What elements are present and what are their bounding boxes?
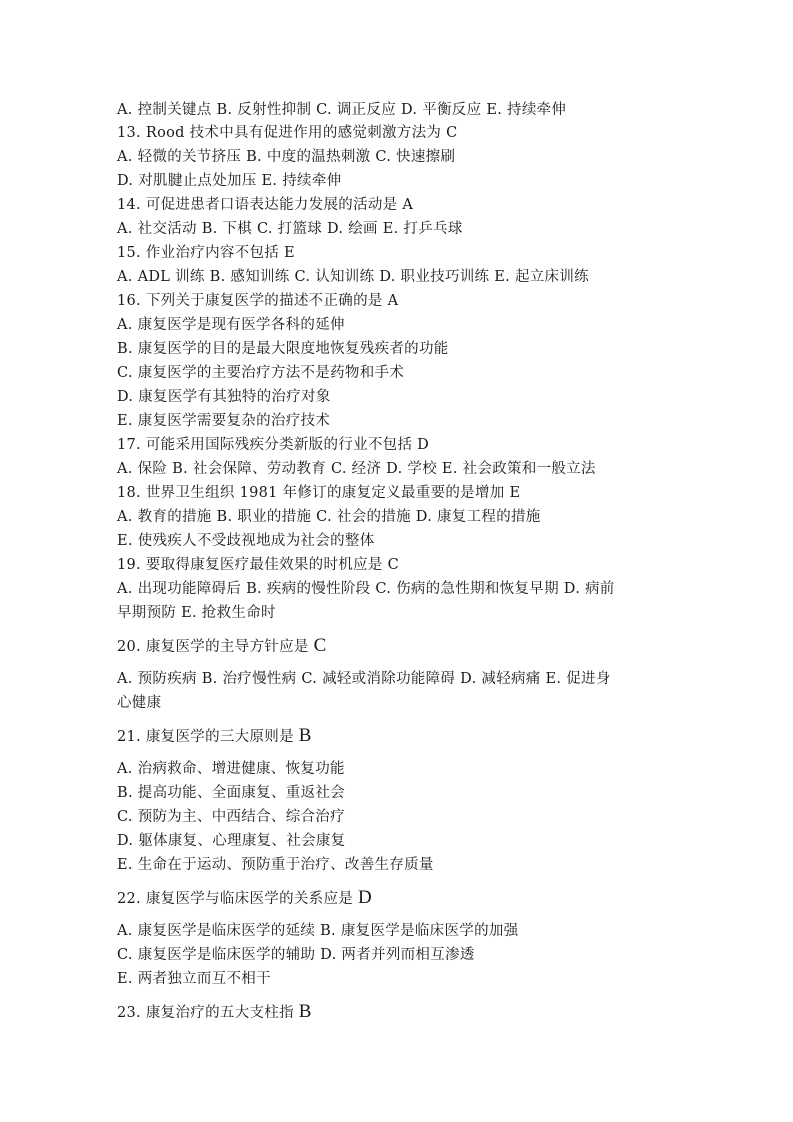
text-line: E. 康复医学需要复杂的治疗技术 [117, 411, 677, 431]
question-stem: 22. 康复医学与临床医学的关系应是 [117, 891, 358, 907]
option-line: D. 躯体康复、心理康复、社会康复 [117, 831, 677, 851]
option-line: E. 生命在于运动、预防重于治疗、改善生存质量 [117, 855, 677, 875]
question-22: 22. 康复医学与临床医学的关系应是 D [117, 888, 677, 909]
answer-letter: C [314, 635, 327, 656]
text-line: B. 康复医学的目的是最大限度地恢复残疾者的功能 [117, 339, 677, 359]
question-20: 20. 康复医学的主导方针应是 C [117, 636, 677, 657]
text-line: A. ADL 训练 B. 感知训练 C. 认知训练 D. 职业技巧训练 E. 起… [117, 267, 677, 287]
answer-letter: B [299, 1001, 312, 1022]
option-line: C. 康复医学是临床医学的辅助 D. 两者并列而相互渗透 [117, 945, 677, 965]
text-line: A. 出现功能障碍后 B. 疾病的慢性阶段 C. 伤病的急性期和恢复早期 D. … [117, 579, 677, 599]
option-line: A. 治病救命、增进健康、恢复功能 [117, 759, 677, 779]
text-line: A. 康复医学是现有医学各科的延伸 [117, 315, 677, 335]
text-line: 15. 作业治疗内容不包括 E [117, 243, 677, 263]
question-stem: 23. 康复治疗的五大支柱指 [117, 1005, 299, 1021]
option-line: A. 康复医学是临床医学的延续 B. 康复医学是临床医学的加强 [117, 921, 677, 941]
text-line: D. 康复医学有其独特的治疗对象 [117, 387, 677, 407]
text-line: 17. 可能采用国际残疾分类新版的行业不包括 D [117, 435, 677, 455]
question-stem: 21. 康复医学的三大原则是 [117, 729, 299, 745]
text-line: 14. 可促进患者口语表达能力发展的活动是 A [117, 195, 677, 215]
option-line: A. 预防疾病 B. 治疗慢性病 C. 减轻或消除功能障碍 D. 减轻病痛 E.… [117, 669, 677, 689]
text-line: A. 轻微的关节挤压 B. 中度的温热刺激 C. 快速擦刷 [117, 147, 677, 167]
option-line: B. 提高功能、全面康复、重返社会 [117, 783, 677, 803]
text-line: C. 康复医学的主要治疗方法不是药物和手术 [117, 363, 677, 383]
option-line: 心健康 [117, 693, 677, 713]
document-page: A. 控制关键点 B. 反射性抑制 C. 调正反应 D. 平衡反应 E. 持续牵… [0, 0, 793, 1122]
answer-letter: D [358, 887, 372, 908]
option-line: E. 两者独立而互不相干 [117, 969, 677, 989]
question-21: 21. 康复医学的三大原则是 B [117, 726, 677, 747]
text-line: 16. 下列关于康复医学的描述不正确的是 A [117, 291, 677, 311]
text-line: 18. 世界卫生组织 1981 年修订的康复定义最重要的是增加 E [117, 483, 677, 503]
text-line: A. 保险 B. 社会保障、劳动教育 C. 经济 D. 学校 E. 社会政策和一… [117, 459, 677, 479]
text-line: 13. Rood 技术中具有促进作用的感觉刺激方法为 C [117, 123, 677, 143]
text-line: E. 使残疾人不受歧视地成为社会的整体 [117, 531, 677, 551]
text-line: A. 教育的措施 B. 职业的措施 C. 社会的措施 D. 康复工程的措施 [117, 507, 677, 527]
text-line: 19. 要取得康复医疗最佳效果的时机应是 C [117, 555, 677, 575]
text-line: 早期预防 E. 抢救生命时 [117, 603, 677, 623]
text-line: A. 社交活动 B. 下棋 C. 打篮球 D. 绘画 E. 打乒乓球 [117, 219, 677, 239]
text-line: A. 控制关键点 B. 反射性抑制 C. 调正反应 D. 平衡反应 E. 持续牵… [117, 100, 677, 120]
option-line: C. 预防为主、中西结合、综合治疗 [117, 807, 677, 827]
answer-letter: B [299, 725, 312, 746]
question-stem: 20. 康复医学的主导方针应是 [117, 639, 314, 655]
text-line: D. 对肌腱止点处加压 E. 持续牵伸 [117, 171, 677, 191]
question-23: 23. 康复治疗的五大支柱指 B [117, 1002, 677, 1023]
